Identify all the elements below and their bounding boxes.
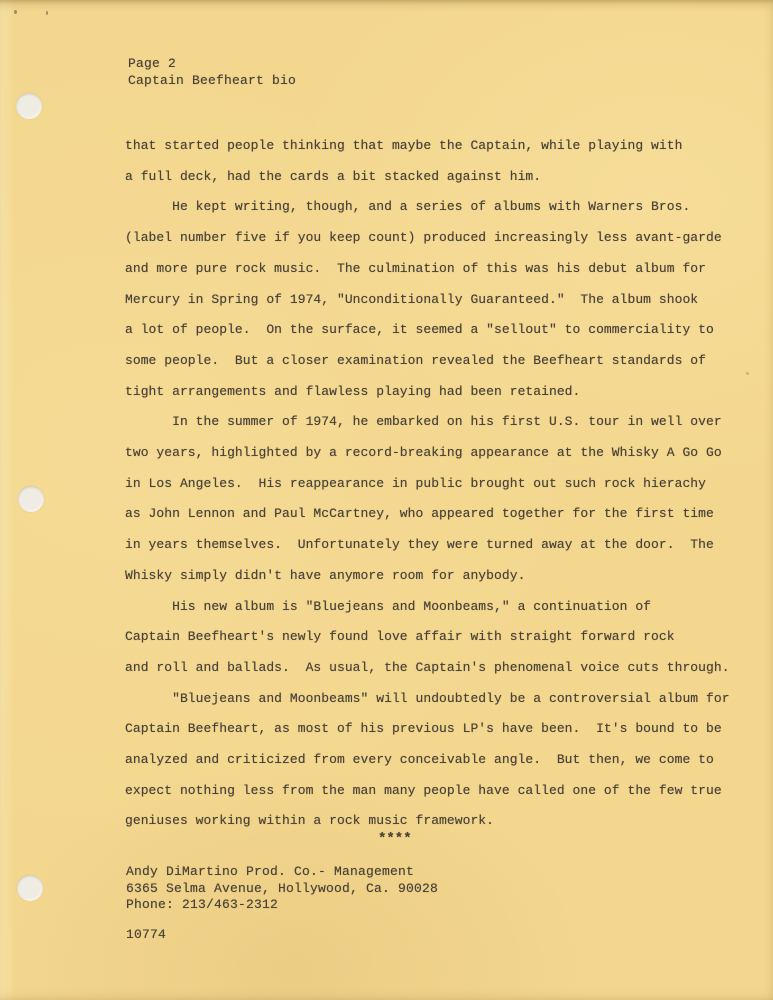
- text-line: in years themselves. Unfortunately they …: [125, 530, 750, 561]
- text-line: a full deck, had the cards a bit stacked…: [125, 162, 750, 193]
- hole-punch-bottom: [17, 875, 43, 901]
- hole-punch-top: [16, 93, 42, 119]
- text-line: tight arrangements and flawless playing …: [125, 377, 750, 408]
- paper-page: Page 2 Captain Beefheart bio that starte…: [0, 0, 773, 1000]
- text-line: Whisky simply didn't have anymore room f…: [125, 561, 750, 592]
- paper-speck: [14, 10, 17, 14]
- text-line: Andy DiMartino Prod. Co.- Management: [126, 864, 438, 881]
- document-number: 10774: [126, 926, 166, 943]
- page-number: Page 2: [128, 55, 296, 72]
- text-line: In the summer of 1974, he embarked on hi…: [125, 407, 750, 438]
- text-line: as John Lennon and Paul McCartney, who a…: [125, 499, 750, 530]
- text-line: His new album is "Bluejeans and Moonbeam…: [125, 592, 750, 623]
- text-line: that started people thinking that maybe …: [125, 131, 750, 162]
- text-line: Phone: 213/463-2312: [126, 897, 438, 914]
- text-line: some people. But a closer examination re…: [125, 346, 750, 377]
- text-line: He kept writing, though, and a series of…: [125, 192, 750, 223]
- contact-block: Andy DiMartino Prod. Co.- Management6365…: [126, 864, 438, 914]
- text-line: and roll and ballads. As usual, the Capt…: [125, 653, 750, 684]
- hole-punch-middle: [18, 486, 44, 512]
- text-line: geniuses working within a rock music fra…: [125, 806, 750, 837]
- text-line: Captain Beefheart's newly found love aff…: [125, 622, 750, 653]
- text-line: Mercury in Spring of 1974, "Unconditiona…: [125, 285, 750, 316]
- text-line: two years, highlighted by a record-break…: [125, 438, 750, 469]
- text-line: analyzed and criticized from every conce…: [125, 745, 750, 776]
- text-line: a lot of people. On the surface, it seem…: [125, 315, 750, 346]
- document-header: Page 2 Captain Beefheart bio: [128, 55, 296, 89]
- text-line: 6365 Selma Avenue, Hollywood, Ca. 90028: [126, 881, 438, 898]
- document-title: Captain Beefheart bio: [128, 72, 296, 89]
- paper-speck: [46, 11, 48, 15]
- text-line: "Bluejeans and Moonbeams" will undoubted…: [125, 684, 750, 715]
- text-line: expect nothing less from the man many pe…: [125, 776, 750, 807]
- text-line: in Los Angeles. His reappearance in publ…: [125, 469, 750, 500]
- text-line: Captain Beefheart, as most of his previo…: [125, 714, 750, 745]
- body-text: that started people thinking that maybe …: [125, 131, 750, 837]
- text-line: (label number five if you keep count) pr…: [125, 223, 750, 254]
- asterisk-divider: ****: [378, 832, 412, 846]
- text-line: and more pure rock music. The culminatio…: [125, 254, 750, 285]
